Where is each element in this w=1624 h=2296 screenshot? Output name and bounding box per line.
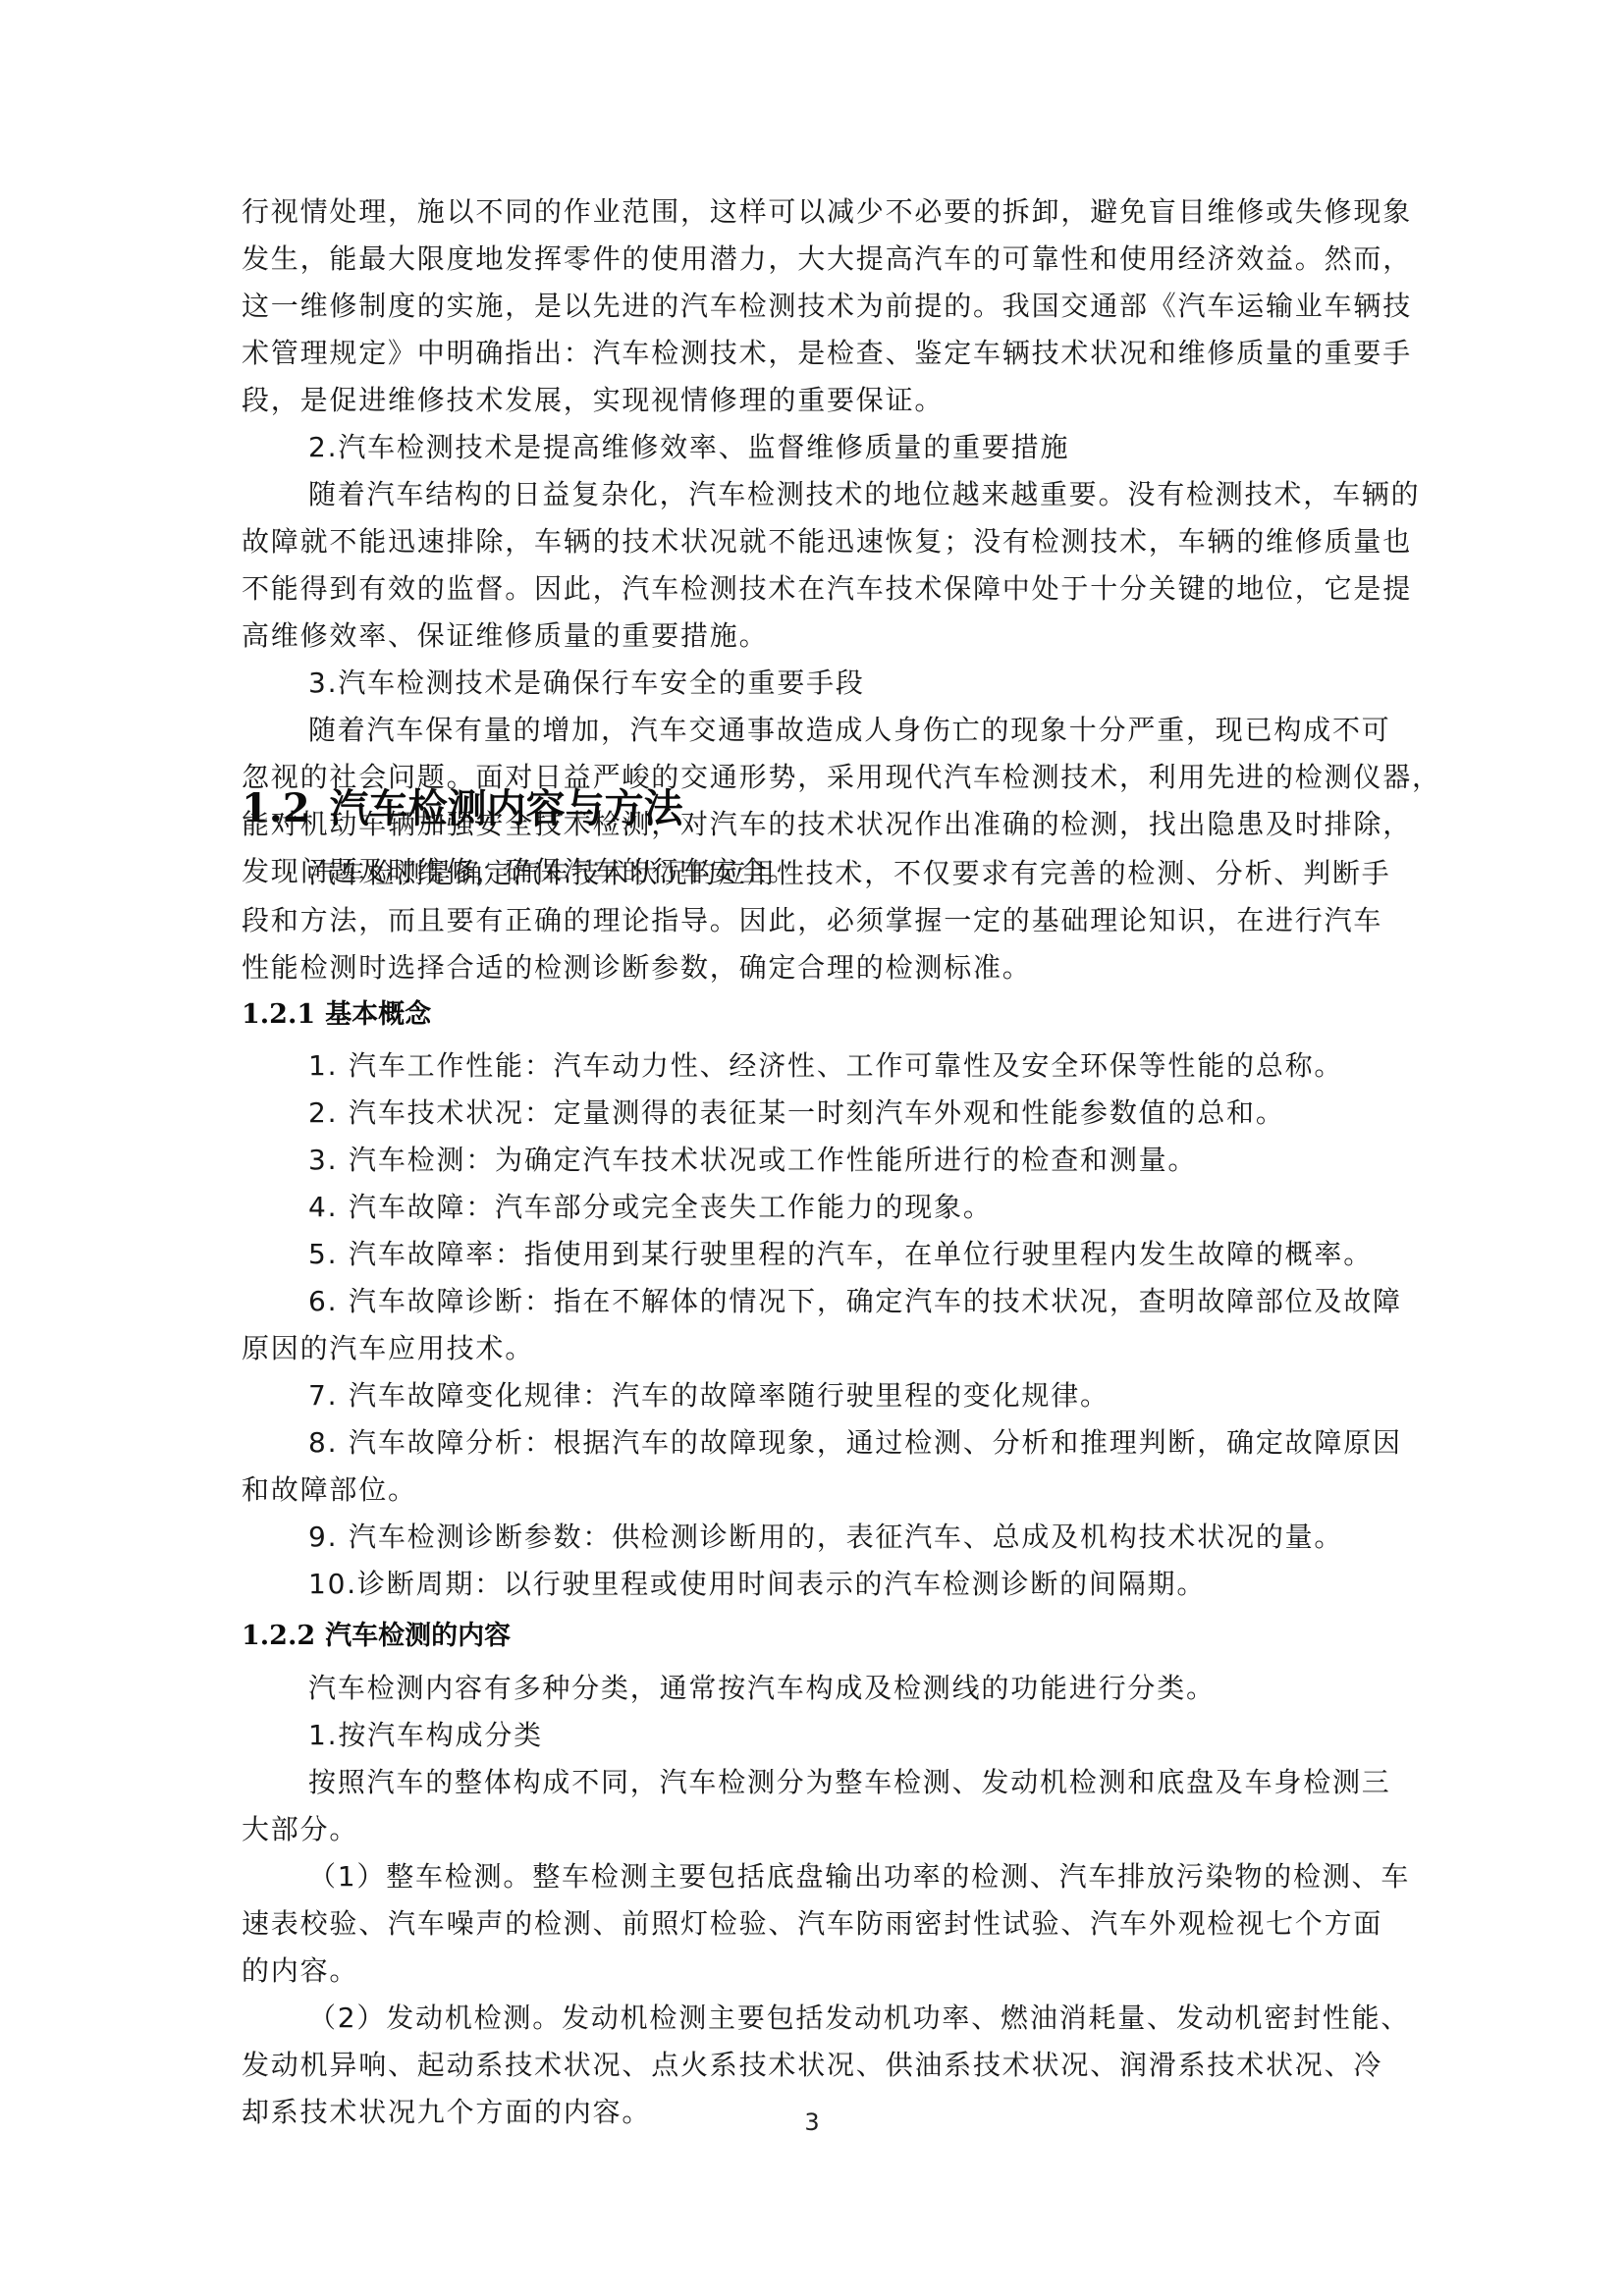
list-item: 7. 汽车故障变化规律：汽车的故障率随行驶里程的变化规律。 (308, 1378, 1110, 1414)
point-heading-3: 3.汽车检测技术是确保行车安全的重要手段 (308, 666, 865, 701)
list-item-continuation: 和故障部位。 (242, 1472, 417, 1508)
text-line: 随着汽车保有量的增加，汽车交通事故造成人身伤亡的现象十分严重，现已构成不可 (308, 713, 1379, 748)
text-line: 段，是促进维修技术发展，实现视情修理的重要保证。 (242, 383, 944, 418)
text-line: 汽车检测是确定汽车技术状况的应用性技术，不仅要求有完善的检测、分析、判断手 (308, 856, 1379, 891)
section-number: 1.2 (242, 785, 310, 831)
point-heading-2: 2.汽车检测技术是提高维修效率、监督维修质量的重要措施 (308, 430, 1069, 465)
page-number: 3 (0, 2109, 1624, 2136)
subsection-title: 汽车检测的内容 (325, 1621, 511, 1651)
list-item: 8. 汽车故障分析：根据汽车的故障现象，通过检测、分析和推理判断，确定故障原因 (308, 1425, 1379, 1461)
text-line: 的内容。 (242, 1953, 358, 1989)
list-item: 5. 汽车故障率：指使用到某行驶里程的汽车，在单位行驶里程内发生故障的概率。 (308, 1237, 1373, 1272)
text-line: （2）发动机检测。发动机检测主要包括发动机功率、燃油消耗量、发动机密封性能、 (308, 2001, 1379, 2036)
subsection-heading-1-2-2: 1.2.2汽车检测的内容 (242, 1620, 511, 1653)
text-line: 高维修效率、保证维修质量的重要措施。 (242, 618, 768, 654)
subsection-number: 1.2.1 (242, 999, 315, 1030)
list-item: 6. 汽车故障诊断：指在不解体的情况下，确定汽车的技术状况，查明故障部位及故障 (308, 1284, 1379, 1319)
text-line: 行视情处理，施以不同的作业范围，这样可以减少不必要的拆卸，避免盲目维修或失修现象 (242, 194, 1379, 230)
text-line: 大部分。 (242, 1812, 358, 1847)
text-line: 发生，能最大限度地发挥零件的使用潜力，大大提高汽车的可靠性和使用经济效益。然而， (242, 241, 1379, 277)
text-line: 随着汽车结构的日益复杂化，汽车检测技术的地位越来越重要。没有检测技术，车辆的 (308, 477, 1379, 512)
point-heading-by-structure: 1.按汽车构成分类 (308, 1718, 543, 1753)
text-line: 这一维修制度的实施，是以先进的汽车检测技术为前提的。我国交通部《汽车运输业车辆技 (242, 289, 1379, 324)
list-item: 3. 汽车检测：为确定汽车技术状况或工作性能所进行的检查和测量。 (308, 1143, 1197, 1178)
text-line: 术管理规定》中明确指出：汽车检测技术，是检查、鉴定车辆技术状况和维修质量的重要手 (242, 336, 1379, 371)
subsection-heading-1-2-1: 1.2.1基本概念 (242, 998, 431, 1032)
section-heading-1-2: 1.2汽车检测内容与方法 (242, 785, 683, 832)
list-item: 2. 汽车技术状况：定量测得的表征某一时刻汽车外观和性能参数值的总和。 (308, 1095, 1285, 1131)
text-line: 性能检测时选择合适的检测诊断参数，确定合理的检测标准。 (242, 950, 1032, 986)
text-line: 发动机异响、起动系技术状况、点火系技术状况、供油系技术状况、润滑系技术状况、冷 (242, 2048, 1379, 2083)
text-line: 按照汽车的整体构成不同，汽车检测分为整车检测、发动机检测和底盘及车身检测三 (308, 1765, 1379, 1800)
list-item: 10.诊断周期：以行驶里程或使用时间表示的汽车检测诊断的间隔期。 (308, 1567, 1206, 1602)
text-line: 不能得到有效的监督。因此，汽车检测技术在汽车技术保障中处于十分关键的地位，它是提 (242, 571, 1379, 607)
text-line: （1）整车检测。整车检测主要包括底盘输出功率的检测、汽车排放污染物的检测、车 (308, 1859, 1379, 1895)
text-line: 故障就不能迅速排除，车辆的技术状况就不能迅速恢复；没有检测技术，车辆的维修质量也 (242, 524, 1379, 560)
list-item-continuation: 原因的汽车应用技术。 (242, 1331, 534, 1366)
text-line: 段和方法，而且要有正确的理论指导。因此，必须掌握一定的基础理论知识，在进行汽车 (242, 903, 1379, 938)
section-title: 汽车检测内容与方法 (330, 785, 683, 831)
list-item: 1. 汽车工作性能：汽车动力性、经济性、工作可靠性及安全环保等性能的总称。 (308, 1048, 1343, 1084)
list-item: 9. 汽车检测诊断参数：供检测诊断用的，表征汽车、总成及机构技术状况的量。 (308, 1520, 1343, 1555)
paragraph-classification-intro: 汽车检测内容有多种分类，通常按汽车构成及检测线的功能进行分类。 (308, 1671, 1216, 1706)
subsection-title: 基本概念 (325, 999, 431, 1030)
list-item: 4. 汽车故障：汽车部分或完全丧失工作能力的现象。 (308, 1190, 993, 1225)
subsection-number: 1.2.2 (242, 1621, 315, 1651)
text-line: 速表校验、汽车噪声的检测、前照灯检验、汽车防雨密封性试验、汽车外观检视七个方面 (242, 1906, 1379, 1942)
document-page: 行视情处理，施以不同的作业范围，这样可以减少不必要的拆卸，避免盲目维修或失修现象… (0, 0, 1624, 2296)
